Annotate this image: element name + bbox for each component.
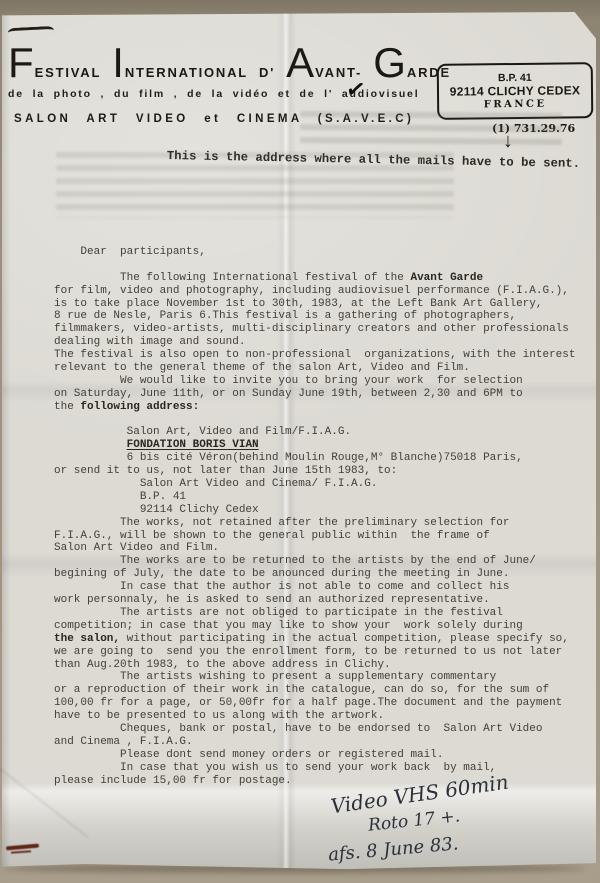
- letter-line: The works, not retained after the prelim…: [54, 517, 594, 530]
- letter-line: the following address:: [54, 401, 594, 414]
- title-word: INTERNATIONAL: [112, 42, 248, 84]
- letter-line: Please dont send money orders or registe…: [54, 749, 594, 762]
- letter-line: F.I.A.G., will be shown to the general p…: [54, 530, 594, 543]
- letter-line: and Cinema , F.I.A.G.: [54, 736, 594, 749]
- title-word: D': [259, 65, 275, 80]
- letter-line-segment: without participating in the actual comp…: [120, 633, 569, 645]
- po-box-line: FRANCE: [484, 99, 547, 111]
- letter-line: than Aug.20th 1983, to the above address…: [54, 659, 594, 672]
- letter-line: relevant to the general theme of the sal…: [54, 362, 594, 375]
- letter-line-segment: Avant Garde: [410, 272, 483, 284]
- title-initial: I: [112, 42, 125, 84]
- letter-line: Salon Art, Video and Film/F.I.A.G.: [54, 426, 594, 439]
- letter-line: is to take place November 1st to 30th, 1…: [54, 298, 594, 311]
- letter-line: We would like to invite you to bring you…: [54, 375, 594, 388]
- letter-line: dealing with image and sound.: [54, 336, 594, 349]
- title-rest: ESTIVAL: [35, 65, 102, 80]
- letter-line: B.P. 41: [54, 491, 594, 504]
- letter-line: Dear participants,: [54, 246, 594, 259]
- letter-line: filmmakers, video-artists, multi-discipl…: [54, 323, 594, 336]
- festival-title: FESTIVAL INTERNATIONAL D' AVANT- GARDE: [8, 42, 462, 84]
- title-initial: A: [286, 42, 315, 84]
- letter-line: the salon, without participating in the …: [54, 633, 594, 646]
- letter-line: work personnaly, he is asked to send an …: [54, 594, 594, 607]
- letter-line: for film, video and photography, includi…: [54, 285, 594, 298]
- letter-line-segment: following address:: [80, 401, 199, 413]
- down-arrow-icon: ↓: [503, 130, 513, 153]
- letter-line: on Saturday, June 11th, or on Sunday Jun…: [54, 388, 594, 401]
- letter-line: 100,00 fr for a page, or 50,00fr for a h…: [54, 697, 594, 710]
- letter-line: The works are to be returned to the arti…: [54, 555, 594, 568]
- letter-line: The following International festival of …: [54, 272, 594, 285]
- title-rest: NTERNATIONAL: [125, 65, 248, 80]
- title-rest: D': [259, 65, 275, 80]
- letter-line-segment: the salon,: [54, 633, 120, 645]
- letter-line: In case that the author is not able to c…: [54, 581, 594, 594]
- po-box-line: 92114 CLICHY CEDEX: [450, 83, 581, 98]
- letter-line-segment: the: [54, 401, 80, 413]
- letter-line: we are going to send you the enrollment …: [54, 646, 594, 659]
- po-box-line: B.P. 41: [498, 72, 532, 84]
- letter-line: please include 15,00 fr for postage.: [54, 775, 594, 788]
- letter-line-segment: FONDATION BORIS VIAN: [127, 439, 259, 451]
- letter-line-segment: [54, 439, 127, 451]
- letter-line: begining of July, the date to be anounce…: [54, 568, 594, 581]
- letter-line: Cheques, bank or postal, have to be endo…: [54, 723, 594, 736]
- letter-line: The artists are not obliged to participa…: [54, 607, 594, 620]
- title-initial: G: [373, 42, 407, 84]
- letter-line-segment: The following International festival of …: [54, 272, 410, 284]
- letter-line: [54, 414, 594, 427]
- letter-line: Salon Art Video and Cinema/ F.I.A.G.: [54, 478, 594, 491]
- letter-line: Salon Art Video and Film.: [54, 542, 594, 555]
- letter-body: Dear participants, The following Interna…: [54, 246, 594, 787]
- salon-line: SALON ART VIDEO et CINEMA (S.A.V.E.C): [14, 113, 414, 125]
- letter-line: The festival is also open to non-profess…: [54, 349, 594, 362]
- letter-line: or a reproduction of their work in the c…: [54, 684, 594, 697]
- letter-line: 92114 Clichy Cedex: [54, 504, 594, 517]
- letter-line: 8 rue de Nesle, Paris 6.This festival is…: [54, 310, 594, 323]
- letter-line: 6 bis cité Véron(behind Moulin Rouge,M° …: [54, 452, 594, 465]
- title-initial: F: [8, 42, 35, 84]
- letter-line: In case that you wish us to send your wo…: [54, 762, 594, 775]
- letter-line: The artists wishing to present a supplem…: [54, 671, 594, 684]
- letter-line: [54, 259, 594, 272]
- photo-of-letter: FESTIVAL INTERNATIONAL D' AVANT- GARDE d…: [0, 0, 600, 883]
- letter-line: have to be presented to us along with th…: [54, 710, 594, 723]
- address-stamp-box: B.P. 41 92114 CLICHY CEDEX FRANCE: [437, 62, 594, 120]
- title-word: FESTIVAL: [8, 42, 101, 84]
- letter-line: FONDATION BORIS VIAN: [54, 439, 594, 452]
- letter-line: or send it to us, not later than June 15…: [54, 465, 594, 478]
- letter-line: competition; in case that you may like t…: [54, 620, 594, 633]
